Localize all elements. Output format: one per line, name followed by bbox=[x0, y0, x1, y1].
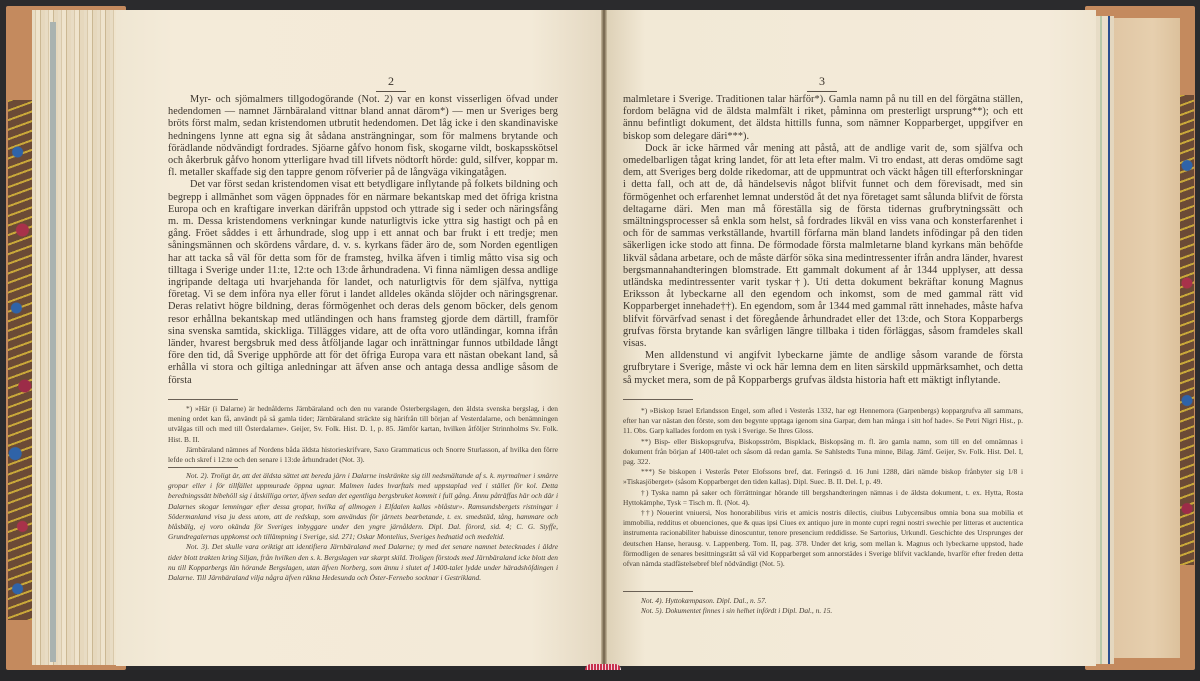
left-page: 2 Myr- och sjömalmers tillgodogörande (N… bbox=[116, 10, 604, 666]
note: Not. 2). Troligt är, att det äldsta sätt… bbox=[168, 471, 558, 542]
note: Not. 3). Det skulle vara oriktigt att id… bbox=[168, 542, 558, 583]
right-page: 3 malmletare i Sverige. Traditionen tala… bbox=[606, 10, 1096, 666]
footnote: ††) Nouerint vniuersi, Nos honorabilibus… bbox=[623, 508, 1023, 569]
right-page-stack bbox=[1096, 16, 1114, 664]
notes-divider bbox=[623, 591, 693, 592]
paragraph: Dock är icke härmed vår mening att påstå… bbox=[623, 143, 1023, 350]
body-text: malmletare i Sverige. Traditionen talar … bbox=[623, 94, 1023, 387]
page-number: 3 bbox=[807, 74, 837, 92]
footnote: †) Tyska namn på saker och förrättningar… bbox=[623, 488, 1023, 508]
paragraph: Det var först sedan kristendomen visat e… bbox=[168, 179, 558, 386]
page-number: 2 bbox=[376, 74, 406, 92]
footnote: ***) Se biskopen i Vesterås Peter Elofss… bbox=[623, 467, 1023, 487]
notes: Not. 2). Troligt är, att det äldsta sätt… bbox=[168, 471, 558, 583]
page-stack-tint bbox=[50, 22, 56, 662]
body-text: Myr- och sjömalmers tillgodogörande (Not… bbox=[168, 94, 558, 387]
right-marbled-edge bbox=[1180, 95, 1194, 565]
note: Not. 5). Dokumentet finnes i sin helhet … bbox=[623, 606, 1023, 616]
notes: Not. 4). Hyttokæmpason. Dipl. Dal., n. 5… bbox=[623, 596, 1023, 616]
book-scan: 2 Myr- och sjömalmers tillgodogörande (N… bbox=[0, 0, 1200, 681]
footnote: Järnbäraland nämnes af Nordens båda älds… bbox=[168, 445, 558, 465]
paragraph: malmletare i Sverige. Traditionen talar … bbox=[623, 94, 1023, 143]
paragraph: Men alldenstund vi angifvit lybeckarne j… bbox=[623, 350, 1023, 387]
footnote-divider bbox=[168, 399, 238, 400]
book-gutter bbox=[601, 10, 607, 666]
footnote: *) »Här (i Dalarne) är hednålderns Järnb… bbox=[168, 404, 558, 445]
right-endpaper bbox=[1112, 18, 1180, 658]
notes-divider bbox=[168, 467, 238, 468]
footnote-divider bbox=[623, 399, 693, 400]
footnote: *) »Biskop Israel Erlandsson Engel, som … bbox=[623, 406, 1023, 437]
paragraph: Myr- och sjömalmers tillgodogörande (Not… bbox=[168, 94, 558, 179]
footnote: **) Bisp- eller Biskopsgrufva, Biskopsst… bbox=[623, 437, 1023, 468]
footnotes: *) »Biskop Israel Erlandsson Engel, som … bbox=[623, 406, 1023, 569]
note: Not. 4). Hyttokæmpason. Dipl. Dal., n. 5… bbox=[623, 596, 1023, 606]
table-surface bbox=[0, 670, 1200, 681]
left-marbled-edge bbox=[8, 100, 32, 620]
footnotes: *) »Här (i Dalarne) är hednålderns Järnb… bbox=[168, 404, 558, 465]
left-page-stack bbox=[32, 10, 120, 665]
